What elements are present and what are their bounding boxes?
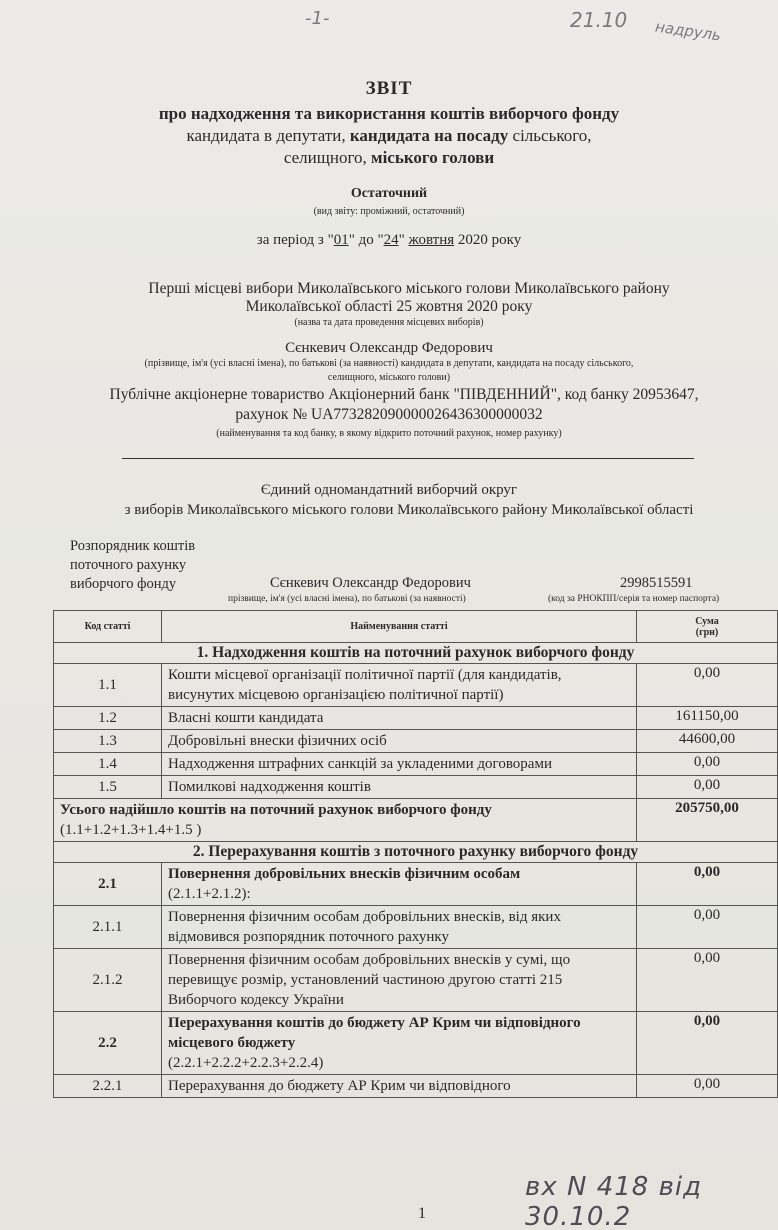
table-row: 2.1Повернення добровільних внесків фізич… (54, 863, 778, 906)
table-header-row: Код статті Найменування статті Сума(грн) (54, 611, 778, 643)
handwritten-registration-note: вх N 418 від 30.10.2 (525, 1172, 778, 1230)
table-row: 2.2.1Перерахування до бюджету АР Крим чи… (54, 1075, 778, 1098)
row-name-text: Надходження штрафних санкцій за укладени… (168, 756, 552, 772)
row-code: 2.1.2 (54, 949, 162, 1012)
row-sum: 0,00 (637, 664, 778, 707)
handwritten-date: 21.10 (570, 8, 627, 32)
manager-label-line: виборчого фонду (70, 575, 195, 594)
page-number: 1 (418, 1205, 426, 1223)
bank-account: рахунок № UA773282090000026436300000032 (0, 406, 778, 424)
table-row: 2.1.2Повернення фізичним особам добровіл… (54, 949, 778, 1012)
row-name: Добровільні внески фізичних осіб (162, 730, 637, 753)
table-row: 1.1Кошти місцевої організації політичної… (54, 664, 778, 707)
report-table: Код статті Найменування статті Сума(грн)… (53, 610, 778, 1098)
row-name-text: Добровільні внески фізичних осіб (168, 733, 387, 749)
row-sum: 0,00 (637, 1075, 778, 1098)
report-subtitle-line2: кандидата в депутати, кандидата на посад… (0, 126, 778, 146)
row-sum: 161150,00 (637, 707, 778, 730)
row-name-text: Повернення фізичним особам добровільних … (168, 952, 570, 1008)
total-sum: 205750,00 (637, 799, 778, 842)
document-page: -1- 21.10 надруль ЗВІТ про надходження т… (0, 0, 778, 1230)
header-sum-line1: Сума (695, 616, 719, 627)
row-name: Кошти місцевої організації політичної па… (162, 664, 637, 707)
row-sum: 0,00 (637, 906, 778, 949)
row-sum: 0,00 (637, 949, 778, 1012)
row-code: 2.1 (54, 863, 162, 906)
row-code: 1.5 (54, 776, 162, 799)
row-name-text: Помилкові надходження коштів (168, 779, 371, 795)
period-to: 24 (384, 232, 399, 248)
manager-label-line: Розпорядник коштів (70, 537, 195, 556)
row-code: 2.2.1 (54, 1075, 162, 1098)
subtitle-part-bold: кандидата на посаду (350, 126, 508, 145)
election-name-line2: Миколаївської області 25 жовтня 2020 рок… (0, 298, 778, 316)
table-row: 1.4Надходження штрафних санкцій за уклад… (54, 753, 778, 776)
total-formula: (1.1+1.2+1.3+1.4+1.5 ) (60, 822, 201, 838)
row-sum: 0,00 (637, 753, 778, 776)
district-line2: з виборів Миколаївського міського голови… (40, 502, 778, 519)
handwritten-page-mark: -1- (305, 8, 329, 29)
section-row: 1. Надходження коштів на поточний рахуно… (54, 643, 778, 664)
candidate-hint-line1: (прізвище, ім'я (усі власні імена), по б… (0, 358, 778, 369)
handwritten-note: надруль (654, 17, 722, 44)
period-text: 2020 року (454, 232, 521, 248)
election-name-line1: Перші місцеві вибори Миколаївського місь… (40, 280, 778, 298)
subtitle-part: кандидата в депутати, (186, 126, 349, 145)
row-sum: 0,00 (637, 863, 778, 906)
row-code: 1.4 (54, 753, 162, 776)
report-type-hint: (вид звіту: проміжний, остаточний) (0, 206, 778, 217)
row-code: 1.1 (54, 664, 162, 707)
row-code: 2.2 (54, 1012, 162, 1075)
table-row: 1.5Помилкові надходження коштів0,00 (54, 776, 778, 799)
row-name-text: Кошти місцевої організації політичної па… (168, 667, 562, 703)
row-formula: (2.2.1+2.2.2+2.2.3+2.2.4) (168, 1055, 323, 1071)
row-name-text: Перерахування до бюджету АР Крим чи відп… (168, 1078, 511, 1094)
report-subtitle-line3: селищного, міського голови (0, 148, 778, 168)
row-name: Власні кошти кандидата (162, 707, 637, 730)
row-name: Повернення добровільних внесків фізичним… (162, 863, 637, 906)
row-name-text: Перерахування коштів до бюджету АР Крим … (168, 1015, 581, 1051)
report-title: ЗВІТ (0, 78, 778, 100)
header-code: Код статті (54, 611, 162, 643)
candidate-name: Сєнкевич Олександр Федорович (0, 340, 778, 357)
row-sum: 44600,00 (637, 730, 778, 753)
row-formula: (2.1.1+2.1.2): (168, 886, 251, 902)
bank-name: Публічне акціонерне товариство Акціонерн… (30, 386, 778, 404)
header-sum-line2: (грн) (696, 627, 719, 638)
row-name: Помилкові надходження коштів (162, 776, 637, 799)
section-row: 2. Перерахування коштів з поточного раху… (54, 842, 778, 863)
row-name: Надходження штрафних санкцій за укладени… (162, 753, 637, 776)
row-sum: 0,00 (637, 1012, 778, 1075)
subtitle-part: селищного, (284, 148, 371, 167)
total-label-cell: Усього надійшло коштів на поточний рахун… (54, 799, 637, 842)
period-text: " до " (349, 232, 384, 248)
manager-code-hint: (код за РНОКПП/серія та номер паспорта) (548, 594, 719, 604)
manager-label-line: поточного рахунку (70, 556, 195, 575)
table-row: 2.2Перерахування коштів до бюджету АР Кр… (54, 1012, 778, 1075)
subtitle-part-bold: міського голови (371, 148, 494, 167)
election-hint: (назва та дата проведення місцевих вибор… (0, 317, 778, 328)
report-period: за період з "01" до "24" жовтня 2020 рок… (0, 232, 778, 249)
candidate-hint-line2: селищного, міського голови) (0, 372, 778, 383)
table-row: 1.3Добровільні внески фізичних осіб44600… (54, 730, 778, 753)
section-title: 2. Перерахування коштів з поточного раху… (54, 842, 778, 863)
row-code: 1.3 (54, 730, 162, 753)
bank-hint: (найменування та код банку, в якому відк… (0, 428, 778, 439)
row-sum: 0,00 (637, 776, 778, 799)
manager-tax-code: 2998515591 (620, 575, 693, 592)
manager-name: Сєнкевич Олександр Федорович (270, 575, 471, 592)
report-subtitle-line1: про надходження та використання коштів в… (0, 104, 778, 124)
section-title: 1. Надходження коштів на поточний рахуно… (54, 643, 778, 664)
row-name-text: Повернення фізичним особам добровільних … (168, 909, 561, 945)
manager-label: Розпорядник коштів поточного рахунку виб… (70, 537, 195, 594)
period-from: 01 (334, 232, 349, 248)
row-name: Перерахування до бюджету АР Крим чи відп… (162, 1075, 637, 1098)
row-name: Повернення фізичним особам добровільних … (162, 906, 637, 949)
district-line1: Єдиний одномандатний виборчий округ (0, 482, 778, 499)
separator-line (122, 458, 694, 459)
period-text: за період з " (257, 232, 334, 248)
report-type: Остаточний (0, 186, 778, 202)
table-row: 1.2Власні кошти кандидата161150,00 (54, 707, 778, 730)
row-name: Повернення фізичним особам добровільних … (162, 949, 637, 1012)
row-name-text: Власні кошти кандидата (168, 710, 323, 726)
row-name: Перерахування коштів до бюджету АР Крим … (162, 1012, 637, 1075)
header-name: Найменування статті (162, 611, 637, 643)
row-code: 2.1.1 (54, 906, 162, 949)
period-month: жовтня (408, 232, 454, 248)
manager-name-hint: прізвище, ім'я (усі власні імена), по ба… (228, 594, 466, 604)
total-row: Усього надійшло коштів на поточний рахун… (54, 799, 778, 842)
header-sum: Сума(грн) (637, 611, 778, 643)
row-code: 1.2 (54, 707, 162, 730)
subtitle-part: сільського, (508, 126, 591, 145)
row-name-text: Повернення добровільних внесків фізичним… (168, 866, 520, 882)
table-row: 2.1.1Повернення фізичним особам добровіл… (54, 906, 778, 949)
period-text: " (399, 232, 409, 248)
total-label: Усього надійшло коштів на поточний рахун… (60, 802, 492, 818)
